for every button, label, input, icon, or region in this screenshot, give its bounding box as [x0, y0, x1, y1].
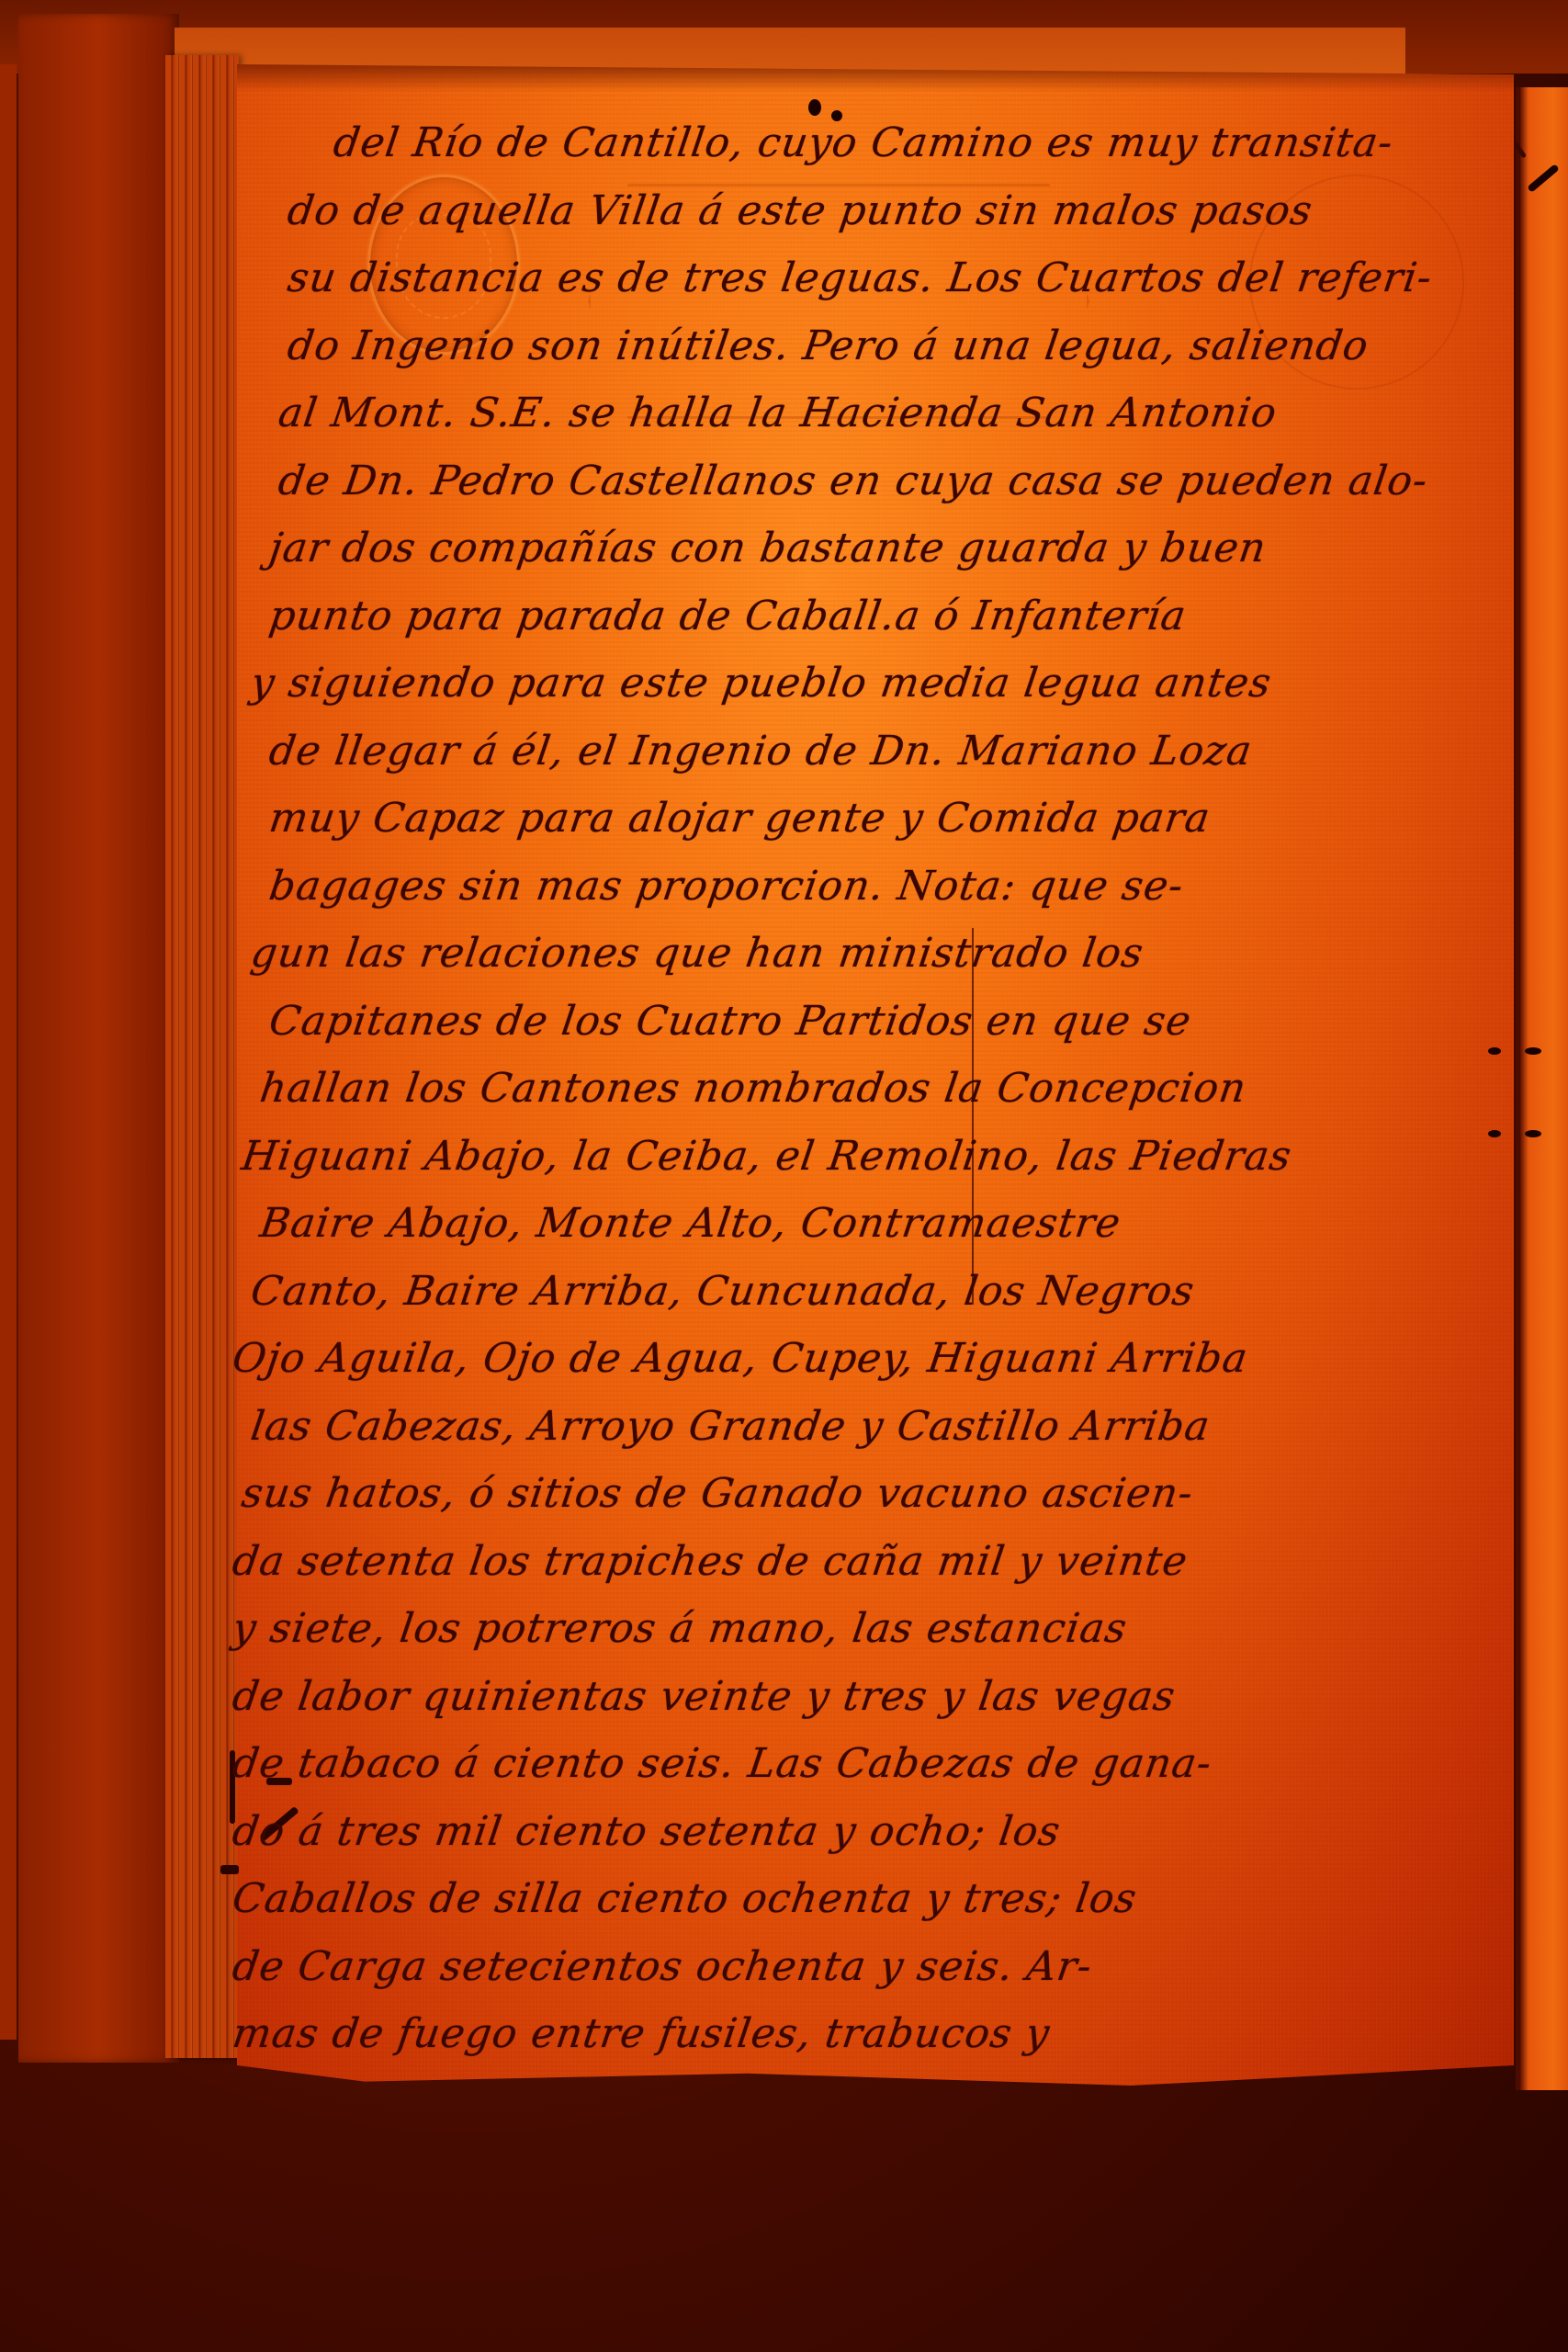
ink-blot — [1488, 1047, 1501, 1055]
manuscript-line: de llegar á él, el Ingenio de Dn. Marian… — [266, 728, 1256, 775]
manuscript-line: de Dn. Pedro Castellanos en cuya casa se… — [276, 458, 1431, 504]
margin-mark — [220, 1865, 239, 1874]
manuscript-line: gun las relaciones que han ministrado lo… — [248, 930, 1146, 977]
manuscript-line: muy Capaz para alojar gente y Comida par… — [266, 795, 1213, 842]
manuscript-line: su distancia es de tres leguas. Los Cuar… — [285, 254, 1436, 301]
manuscript-line: do á tres mil ciento setenta y ocho; los — [230, 1808, 1064, 1855]
manuscript-line: hallan los Cantones nombrados la Concepc… — [257, 1065, 1249, 1112]
manuscript-line: do de aquella Villa á este punto sin mal… — [285, 187, 1315, 234]
manuscript-line: bagages sin mas proporcion. Nota: que se… — [266, 863, 1187, 910]
manuscript-line: y siete, los potreros á mano, las estanc… — [230, 1605, 1130, 1652]
adjacent-page — [1520, 87, 1568, 2090]
page-stack-edges — [165, 55, 239, 2058]
manuscript-line: al Mont. S.E. se halla la Hacienda San A… — [276, 390, 1280, 436]
manuscript-line: da setenta los trapiches de caña mil y v… — [230, 1538, 1190, 1585]
manuscript-line: Canto, Baire Arriba, Cuncunada, los Negr… — [248, 1268, 1198, 1315]
ruled-vertical-line — [972, 928, 974, 1305]
manuscript-line: las Cabezas, Arroyo Grande y Castillo Ar… — [248, 1403, 1213, 1450]
manuscript-line: jar dos compañías con bastante guarda y … — [266, 525, 1269, 571]
ink-blot — [1525, 1047, 1541, 1055]
manuscript-line: de labor quinientas veinte y tres y las … — [230, 1673, 1179, 1720]
ink-blot — [808, 99, 821, 116]
manuscript-line: y siguiendo para este pueblo media legua… — [248, 660, 1274, 707]
manuscript-line: de Carga setecientos ochenta y seis. Ar- — [230, 1943, 1095, 1990]
manuscript-line: Capitanes de los Cuatro Partidos en que … — [266, 998, 1194, 1045]
ink-blot — [1525, 1130, 1541, 1137]
manuscript-line: Caballos de silla ciento ochenta y tres;… — [230, 1875, 1140, 1922]
ink-blot — [1488, 1130, 1501, 1137]
manuscript-line: Higuani Abajo, la Ceiba, el Remolino, la… — [239, 1133, 1294, 1180]
manuscript-line: sus hatos, ó sitios de Ganado vacuno asc… — [239, 1470, 1196, 1517]
manuscript-photo: del Río de Cantillo, cuyo Camino es muy … — [0, 0, 1568, 2352]
book-cover-left — [18, 14, 179, 2063]
manuscript-line: Ojo Aguila, Ojo de Agua, Cupey, Higuani … — [230, 1335, 1251, 1382]
manuscript-line: del Río de Cantillo, cuyo Camino es muy … — [331, 119, 1396, 166]
manuscript-line: de tabaco á ciento seis. Las Cabezas de … — [230, 1740, 1215, 1787]
manuscript-line: Baire Abajo, Monte Alto, Contramaestre — [257, 1200, 1123, 1247]
binding-edge — [0, 64, 17, 2040]
manuscript-line: mas de fuego entre fusiles, trabucos y — [230, 2010, 1053, 2057]
manuscript-line: punto para parada de Caball.a ó Infanter… — [266, 593, 1190, 639]
manuscript-line: do Ingenio son inútiles. Pero á una legu… — [285, 322, 1371, 369]
